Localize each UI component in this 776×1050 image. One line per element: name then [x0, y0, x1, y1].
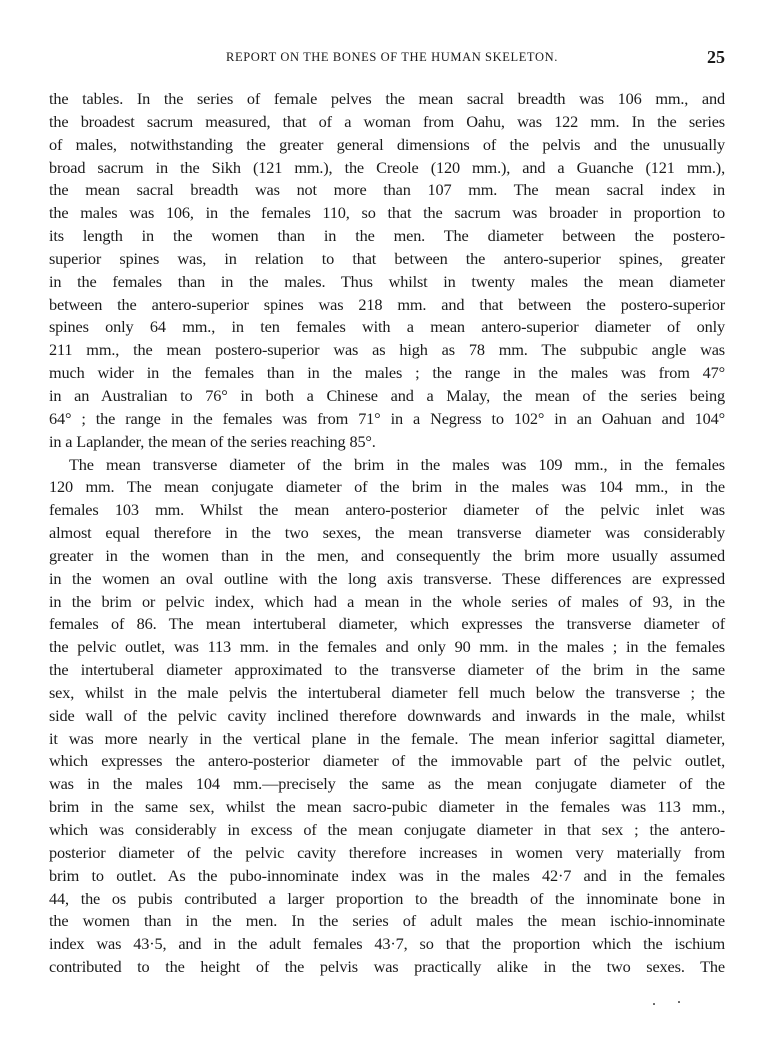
- body-text: the tables. In the series of female pelv…: [49, 88, 725, 979]
- document-page: REPORT ON THE BONES OF THE HUMAN SKELETO…: [0, 0, 776, 1050]
- text-line: 64° ; the range in the females was from …: [49, 408, 725, 431]
- text-line: broad sacrum in the Sikh (121 mm.), the …: [49, 157, 725, 180]
- text-line: 44, the os pubis contributed a larger pr…: [49, 888, 725, 911]
- running-header: REPORT ON THE BONES OF THE HUMAN SKELETO…: [49, 47, 725, 67]
- text-line: posterior diameter of the pelvic cavity …: [49, 842, 725, 865]
- text-line: greater in the women than in the men, an…: [49, 545, 725, 568]
- text-line: females 103 mm. Whilst the mean antero-p…: [49, 499, 725, 522]
- text-line: which expresses the antero-posterior dia…: [49, 750, 725, 773]
- text-line: almost equal therefore in the two sexes,…: [49, 522, 725, 545]
- text-line: its length in the women than in the men.…: [49, 225, 725, 248]
- text-line: sex, whilst in the male pelvis the inter…: [49, 682, 725, 705]
- text-line: brim to outlet. As the pubo-innominate i…: [49, 865, 725, 888]
- text-line: the intertuberal diameter approximated t…: [49, 659, 725, 682]
- text-line: in a Laplander, the mean of the series r…: [49, 431, 725, 454]
- text-line: the broadest sacrum measured, that of a …: [49, 111, 725, 134]
- paragraph-pelvic-diameters: The mean transverse diameter of the brim…: [49, 454, 725, 979]
- text-line: superior spines was, in relation to that…: [49, 248, 725, 271]
- text-line: females of 86. The mean intertuberal dia…: [49, 613, 725, 636]
- text-line: brim in the same sex, whilst the mean sa…: [49, 796, 725, 819]
- text-line: The mean transverse diameter of the brim…: [49, 454, 725, 477]
- text-line: much wider in the females than in the ma…: [49, 362, 725, 385]
- text-line: the mean sacral breadth was not more tha…: [49, 179, 725, 202]
- text-line: index was 43·5, and in the adult females…: [49, 933, 725, 956]
- speck: [678, 1001, 680, 1003]
- text-line: in the women an oval outline with the lo…: [49, 568, 725, 591]
- text-line: in the brim or pelvic index, which had a…: [49, 591, 725, 614]
- text-line: side wall of the pelvic cavity inclined …: [49, 705, 725, 728]
- text-line: in the females than in the males. Thus w…: [49, 271, 725, 294]
- running-title: REPORT ON THE BONES OF THE HUMAN SKELETO…: [49, 50, 725, 65]
- page-number: 25: [707, 47, 725, 68]
- text-line: the women than in the men. In the series…: [49, 910, 725, 933]
- text-line: was in the males 104 mm.—precisely the s…: [49, 773, 725, 796]
- paragraph-sacrum-and-subpubic-angle: the tables. In the series of female pelv…: [49, 88, 725, 454]
- text-line: it was more nearly in the vertical plane…: [49, 728, 725, 751]
- text-line: between the antero-superior spines was 2…: [49, 294, 725, 317]
- scan-specks: [653, 1001, 693, 1005]
- text-line: spines only 64 mm., in ten females with …: [49, 316, 725, 339]
- text-line: in an Australian to 76° in both a Chines…: [49, 385, 725, 408]
- text-line: of males, notwithstanding the greater ge…: [49, 134, 725, 157]
- text-line: the males was 106, in the females 110, s…: [49, 202, 725, 225]
- text-line: the pelvic outlet, was 113 mm. in the fe…: [49, 636, 725, 659]
- speck: [653, 1003, 655, 1005]
- text-line: 211 mm., the mean postero-superior was a…: [49, 339, 725, 362]
- text-line: 120 mm. The mean conjugate diameter of t…: [49, 476, 725, 499]
- text-line: contributed to the height of the pelvis …: [49, 956, 725, 979]
- text-line: which was considerably in excess of the …: [49, 819, 725, 842]
- text-line: the tables. In the series of female pelv…: [49, 88, 725, 111]
